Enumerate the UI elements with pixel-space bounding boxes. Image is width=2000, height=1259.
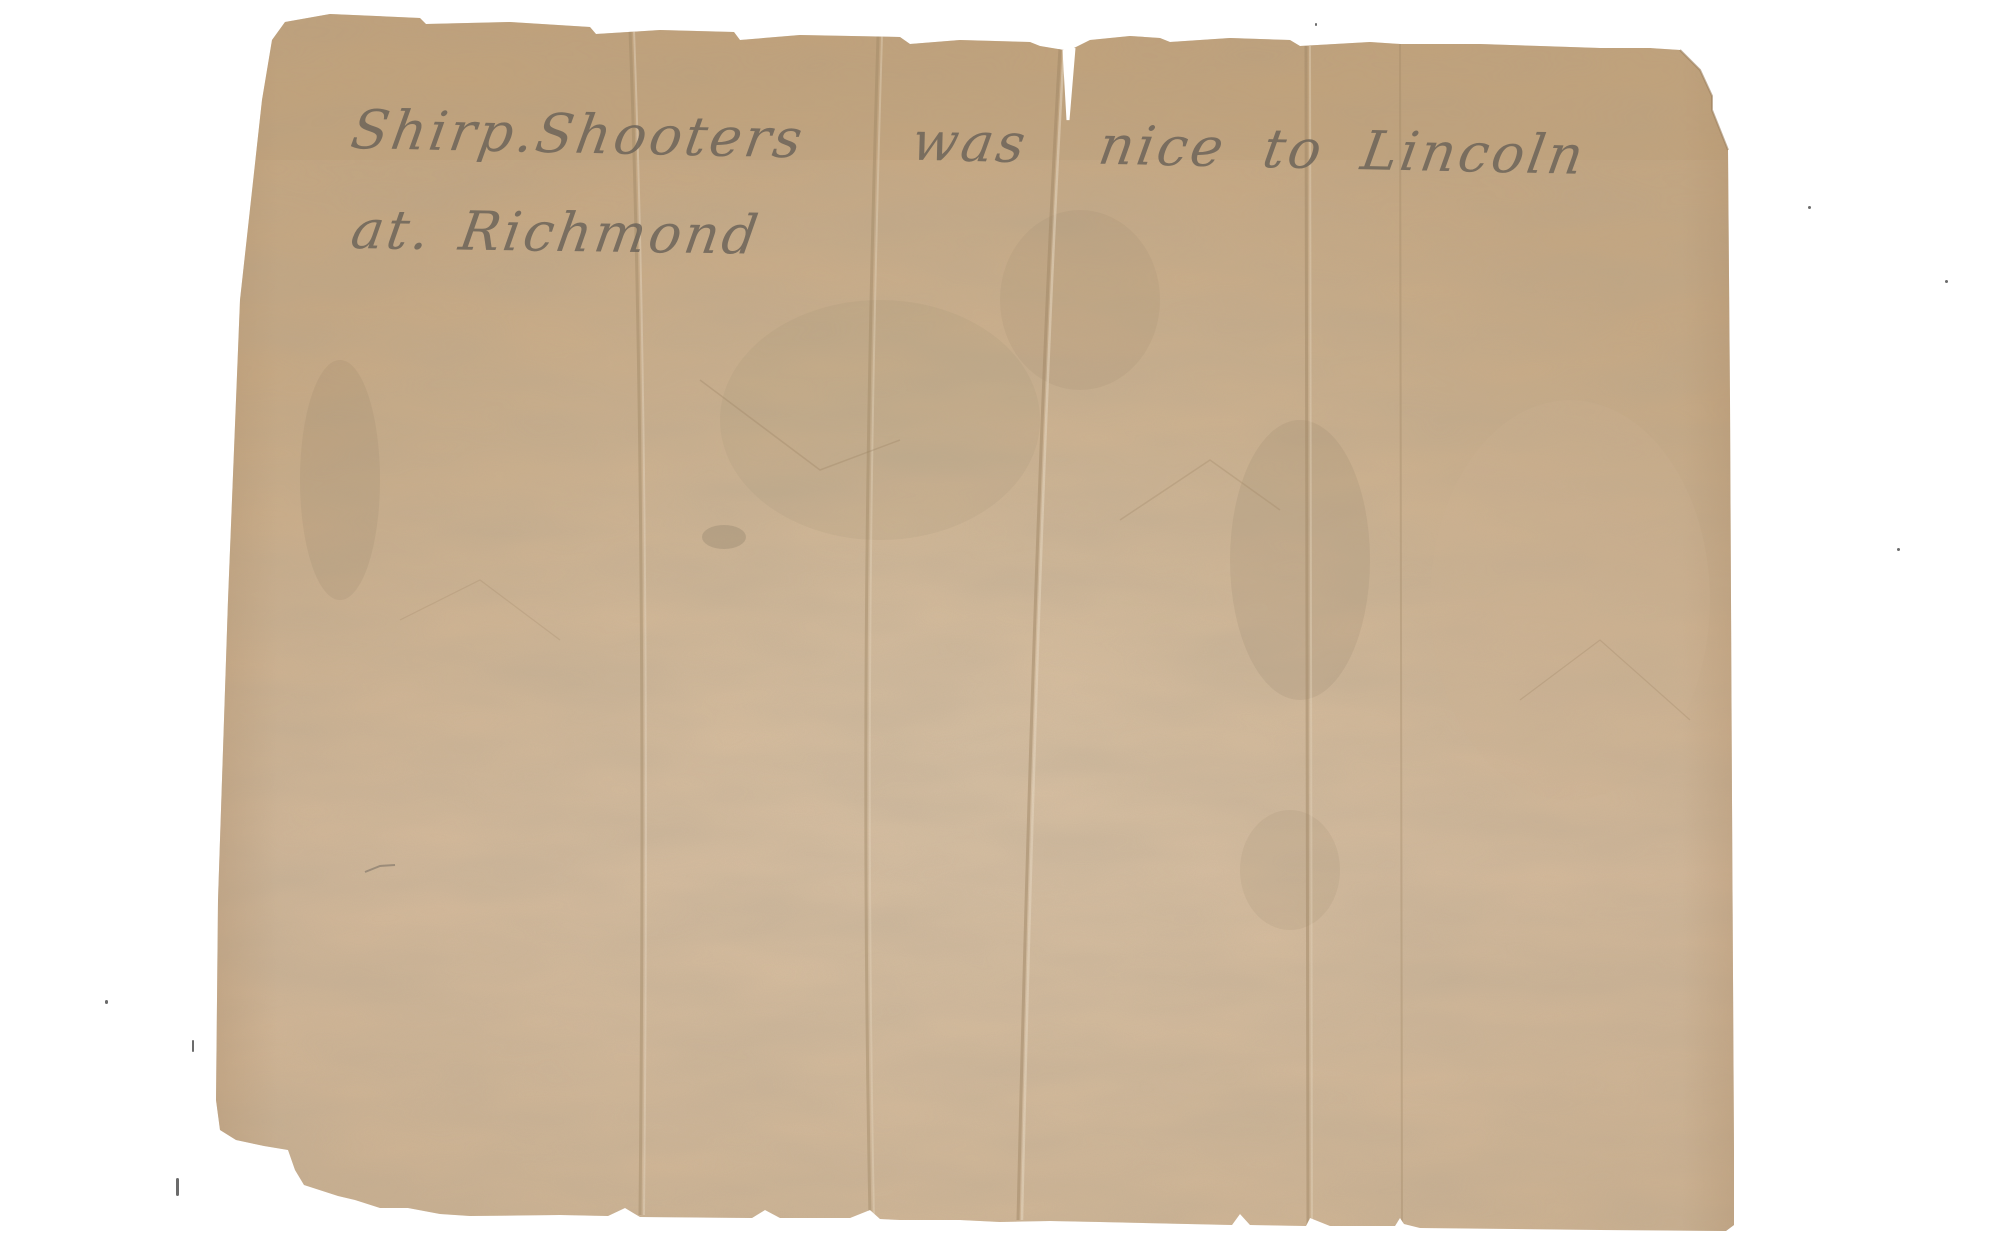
photo-stage: Shirp.ShooterswasnicetoLincoln at.Richmo… [0, 0, 2000, 1259]
background-speck [1897, 548, 1900, 551]
background-speck [1315, 23, 1317, 26]
background-speck [192, 1040, 194, 1052]
handwritten-word: Shirp.Shooters [347, 98, 810, 170]
handwritten-word: Lincoln [1357, 119, 1591, 186]
handwritten-word: nice [1094, 114, 1230, 179]
background-speck [1945, 280, 1948, 283]
handwritten-word: at. [347, 198, 437, 262]
handwritten-word: to [1259, 117, 1329, 181]
handwriting-line-2: at.Richmond [347, 198, 765, 267]
handwritten-word: was [907, 110, 1032, 175]
handwritten-word: Richmond [455, 200, 765, 267]
background-speck [105, 1000, 108, 1004]
aged-paper-sheet [0, 0, 2000, 1259]
background-speck [1808, 206, 1811, 209]
background-speck [176, 1178, 179, 1196]
